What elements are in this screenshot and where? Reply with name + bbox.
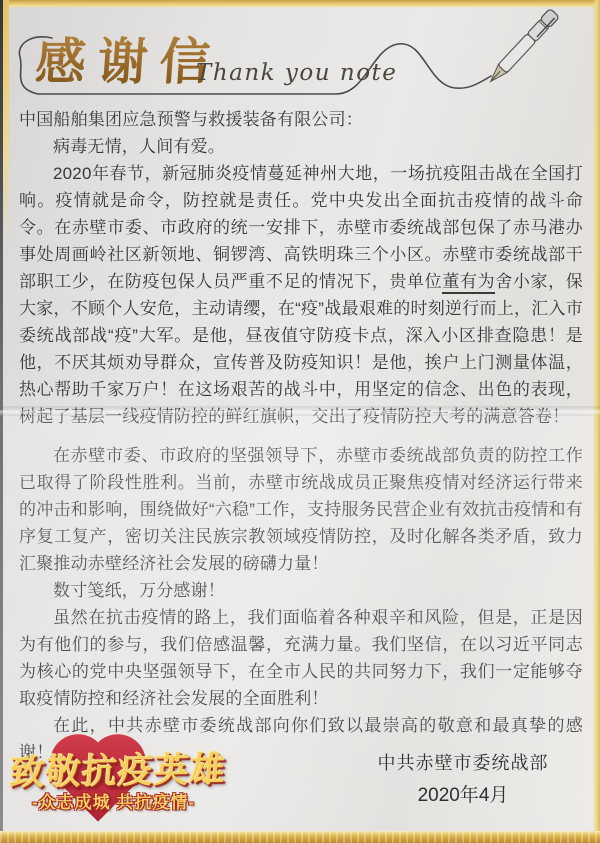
letter-title-english: Thank you note <box>196 60 397 86</box>
letter-header: 感谢信 Thank you note <box>0 0 600 120</box>
letter-photo: 感谢信 Thank you note 中国船舶集团应急预警与救援装备有限公司： … <box>0 0 600 843</box>
gold-border-right <box>593 0 600 843</box>
badge-subtitle: -众志成城 共抗疫情- <box>32 788 195 813</box>
paragraph-3: 数寸笺纸，万分感谢！ <box>19 577 583 604</box>
opening-line: 病毒无情，人间有爱。 <box>19 133 583 160</box>
signature-date: 2020年4月 <box>348 778 578 814</box>
pen-icon <box>486 8 560 86</box>
honoree-name-underlined: 董有为 <box>442 272 495 294</box>
paragraph-1: 2020年春节，新冠肺炎疫情蔓延神州大地，一场抗疫阻击战在全国打响。疫情就是命令… <box>19 160 583 430</box>
letter-body: 中国船舶集团应急预警与救援装备有限公司： 病毒无情，人间有爱。 2020年春节，… <box>19 106 583 766</box>
paragraph-1-continued: 舍小家，保大家，不顾个人安危，主动请缨，在“疫”战最艰难的时刻逆行而上，汇入市委… <box>19 272 583 426</box>
signature-block: 中共赤壁市委统战部 2020年4月 <box>348 748 578 814</box>
signature-organization: 中共赤壁市委统战部 <box>348 748 578 778</box>
anti-epidemic-heroes-badge: 致敬抗疫英雄 -众志成城 共抗疫情- <box>8 744 248 836</box>
paragraph-2: 在赤壁市委、市政府的坚强领导下，赤壁市委统战部负责的防控工作已取得了阶段性胜利。… <box>19 442 583 577</box>
paragraph-4: 虽然在抗击疫情的路上，我们面临着各种艰辛和风险，但是，正是因为有他们的参与，我们… <box>19 604 583 712</box>
recipient-line: 中国船舶集团应急预警与救援装备有限公司： <box>19 106 583 133</box>
gold-border-bottom <box>0 831 600 843</box>
